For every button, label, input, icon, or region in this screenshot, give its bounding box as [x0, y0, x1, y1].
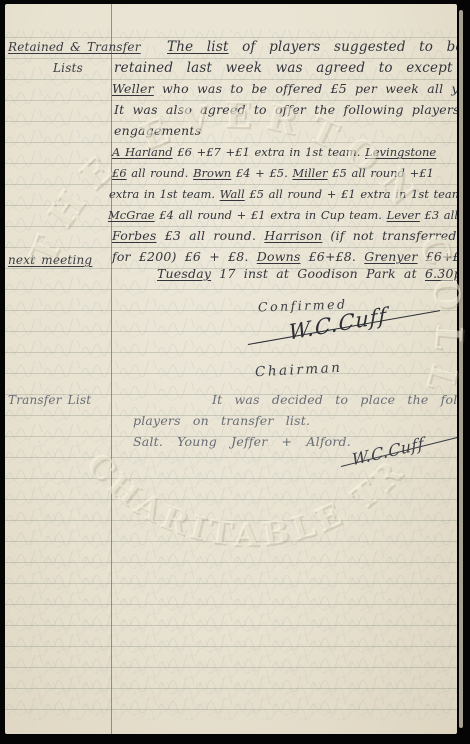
minute-text-segment: Brown: [193, 166, 231, 180]
minute-text-segment: Salt. Young Jeffer + Alford.: [133, 434, 351, 449]
minute-text-segment: Downs: [257, 249, 301, 264]
minute-text-segment: £6 +£7 +£1 extra in 1st team.: [173, 145, 365, 159]
minute-book-page: Retained & Transfer Lists next meeting T…: [5, 4, 457, 734]
secretary-signature: W.C.Cuff: [351, 434, 424, 471]
minute-line: It was also agreed to offer the followin…: [114, 100, 457, 120]
minute-text-segment: Tuesday: [157, 266, 211, 281]
minute-line: engagements: [114, 121, 201, 141]
minute-text-segment: £3 all round: [420, 208, 457, 222]
minute-text-segment: A Harland: [112, 145, 173, 159]
minute-line: McGrae £4 all round + £1 extra in Cup te…: [108, 205, 457, 225]
margin-note-transfer-list: Transfer List: [8, 390, 91, 410]
minute-line: A Harland £6 +£7 +£1 extra in 1st team. …: [112, 142, 436, 162]
ruled-lines: [5, 37, 457, 714]
minute-text-segment: engagements: [114, 123, 201, 138]
margin-note-retained-transfer: Retained & Transfer: [8, 37, 141, 57]
margin-note-next-meeting: next meeting: [8, 250, 92, 270]
minute-line: Forbes £3 all round. Harrison (if not tr…: [112, 226, 457, 246]
minute-text-segment: £6+£8.: [300, 249, 364, 264]
margin-note-lists: Lists: [53, 58, 83, 78]
minute-text-segment: (if not transferred: [322, 228, 456, 243]
minute-text-segment: It was also agreed to offer the followin…: [114, 102, 457, 117]
minute-text-segment: who was to be offered £5 per week all ye…: [154, 81, 457, 96]
minute-text-segment: £4 all round + £1 extra in Cup team.: [155, 208, 387, 222]
minute-text-segment: It was decided to place the following: [212, 392, 457, 407]
minute-line: The list of players suggested to be: [167, 37, 457, 57]
chairman-label: Chairman: [255, 358, 343, 383]
minute-line: retained last week was agreed to except: [114, 58, 453, 78]
minute-text-segment: Miller: [292, 166, 327, 180]
next-meeting-line: Tuesday 17 inst at Goodison Park at 6.30…: [157, 264, 457, 284]
minute-text-segment: Harrison: [264, 228, 322, 243]
page-edge-sliver: [459, 10, 463, 728]
minute-line: Weller who was to be offered £5 per week…: [112, 79, 457, 99]
minute-line: £6 all round. Brown £4 + £5. Miller £5 a…: [112, 163, 434, 183]
minute-text-segment: £6+£8: [418, 249, 457, 264]
minute-text-segment: 6.30pm: [425, 266, 457, 281]
minute-text-segment: Forbes: [112, 228, 157, 243]
minute-text-segment: £4 + £5.: [231, 166, 292, 180]
photo-background: Retained & Transfer Lists next meeting T…: [0, 0, 470, 744]
minute-text-segment: £5 all round + £1 extra in 1st team: [245, 187, 457, 201]
minute-text-segment: £6: [112, 166, 127, 180]
transfer-line: Salt. Young Jeffer + Alford.: [133, 432, 351, 452]
transfer-line: It was decided to place the following: [212, 390, 457, 410]
minute-text-segment: Wall: [220, 187, 245, 201]
minute-text-segment: Weller: [112, 81, 154, 96]
minute-text-segment: £3 all round.: [157, 228, 265, 243]
minute-text-segment: for £200) £6 + £8.: [112, 249, 257, 264]
minute-text-segment: The list: [167, 39, 229, 55]
transfer-line: players on transfer list.: [133, 411, 310, 431]
margin-rule-line: [111, 4, 112, 734]
minute-text-segment: McGrae: [108, 208, 155, 222]
minute-text-segment: 17 inst at Goodison Park at: [211, 266, 425, 281]
minute-text-segment: all round.: [127, 166, 193, 180]
minute-line: extra in 1st team. Wall £5 all round + £…: [109, 184, 457, 204]
minute-text-segment: Grenyer: [364, 249, 417, 264]
minute-text-segment: extra in 1st team.: [109, 187, 220, 201]
minute-text-segment: £5 all round +£1: [328, 166, 434, 180]
minute-text-segment: Levingstone: [365, 145, 436, 159]
minute-text-segment: Lever: [387, 208, 420, 222]
minute-text-segment: retained last week was agreed to except: [114, 60, 453, 76]
minute-text-segment: of players suggested to be: [229, 39, 457, 55]
minute-text-segment: players on transfer list.: [133, 413, 310, 428]
